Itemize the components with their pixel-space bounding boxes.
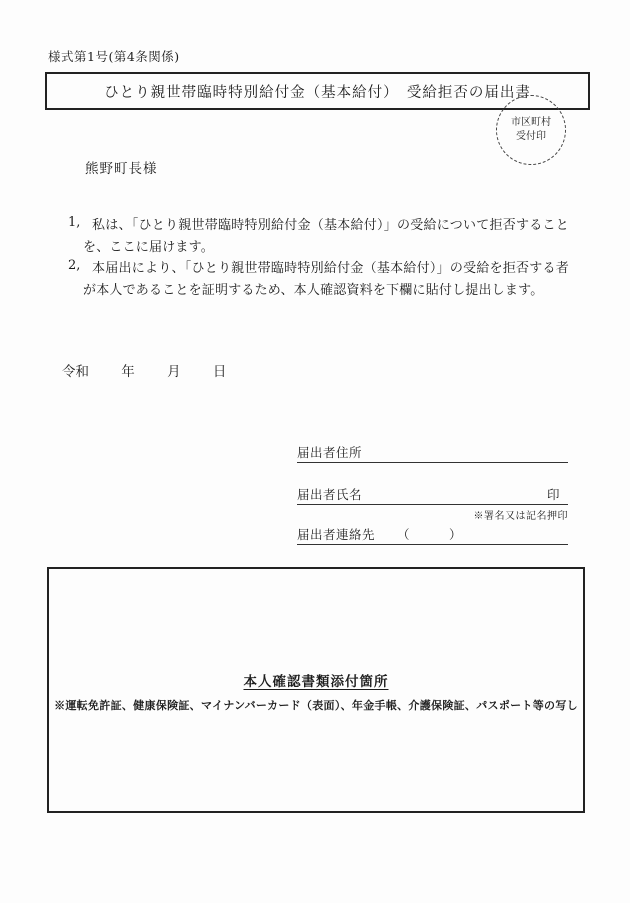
stamp-line1: 市区町村 <box>511 116 551 130</box>
date-day-label: 日 <box>213 360 227 380</box>
seal-note: ※署名又は記名押印 <box>297 507 568 522</box>
list-item-1-text: 私は、「ひとり親世帯臨時特別給付金（基本給付）」の受給について拒否することを、こ… <box>83 215 569 258</box>
date-year-label: 年 <box>121 360 135 380</box>
date-line: 令和 年 月 日 <box>62 360 226 380</box>
addressee: 熊野町長様 <box>85 157 158 177</box>
stamp-line2: 受付印 <box>516 130 546 144</box>
applicant-address-field: 届出者住所 <box>297 444 568 463</box>
applicant-contact-label: 届出者連絡先 <box>297 525 375 543</box>
contact-parentheses: （ ） <box>397 525 462 543</box>
date-month-label: 月 <box>167 360 181 380</box>
form-number: 様式第1号(第4条関係) <box>48 47 180 65</box>
applicant-name-label: 届出者氏名 <box>297 485 362 503</box>
applicant-contact-field: 届出者連絡先 （ ） <box>297 526 568 545</box>
list-item-2-number: 2, <box>68 258 80 273</box>
seal-mark: 印 <box>547 485 560 503</box>
list-item-2-text: 本届出により、「ひとり親世帯臨時特別給付金（基本給付）」の受給を拒否する者が本人… <box>83 258 569 301</box>
date-era: 令和 <box>62 360 89 380</box>
id-attachment-box: 本人確認書類添付箇所 ※運転免許証、健康保険証、マイナンバーカード（表面）、年金… <box>47 567 585 813</box>
reception-stamp-circle: 市区町村 受付印 <box>496 95 566 165</box>
document-title: ひとり親世帯臨時特別給付金（基本給付） 受給拒否の届出書 <box>104 81 531 102</box>
applicant-name-field: 届出者氏名 印 <box>297 486 568 505</box>
document-page: 様式第1号(第4条関係) ひとり親世帯臨時特別給付金（基本給付） 受給拒否の届出… <box>0 0 630 903</box>
attachment-box-note: ※運転免許証、健康保険証、マイナンバーカード（表面）、年金手帳、介護保険証、パス… <box>49 697 583 713</box>
list-item-1-number: 1, <box>68 215 80 230</box>
applicant-address-label: 届出者住所 <box>297 443 362 461</box>
attachment-box-title: 本人確認書類添付箇所 <box>49 670 583 690</box>
